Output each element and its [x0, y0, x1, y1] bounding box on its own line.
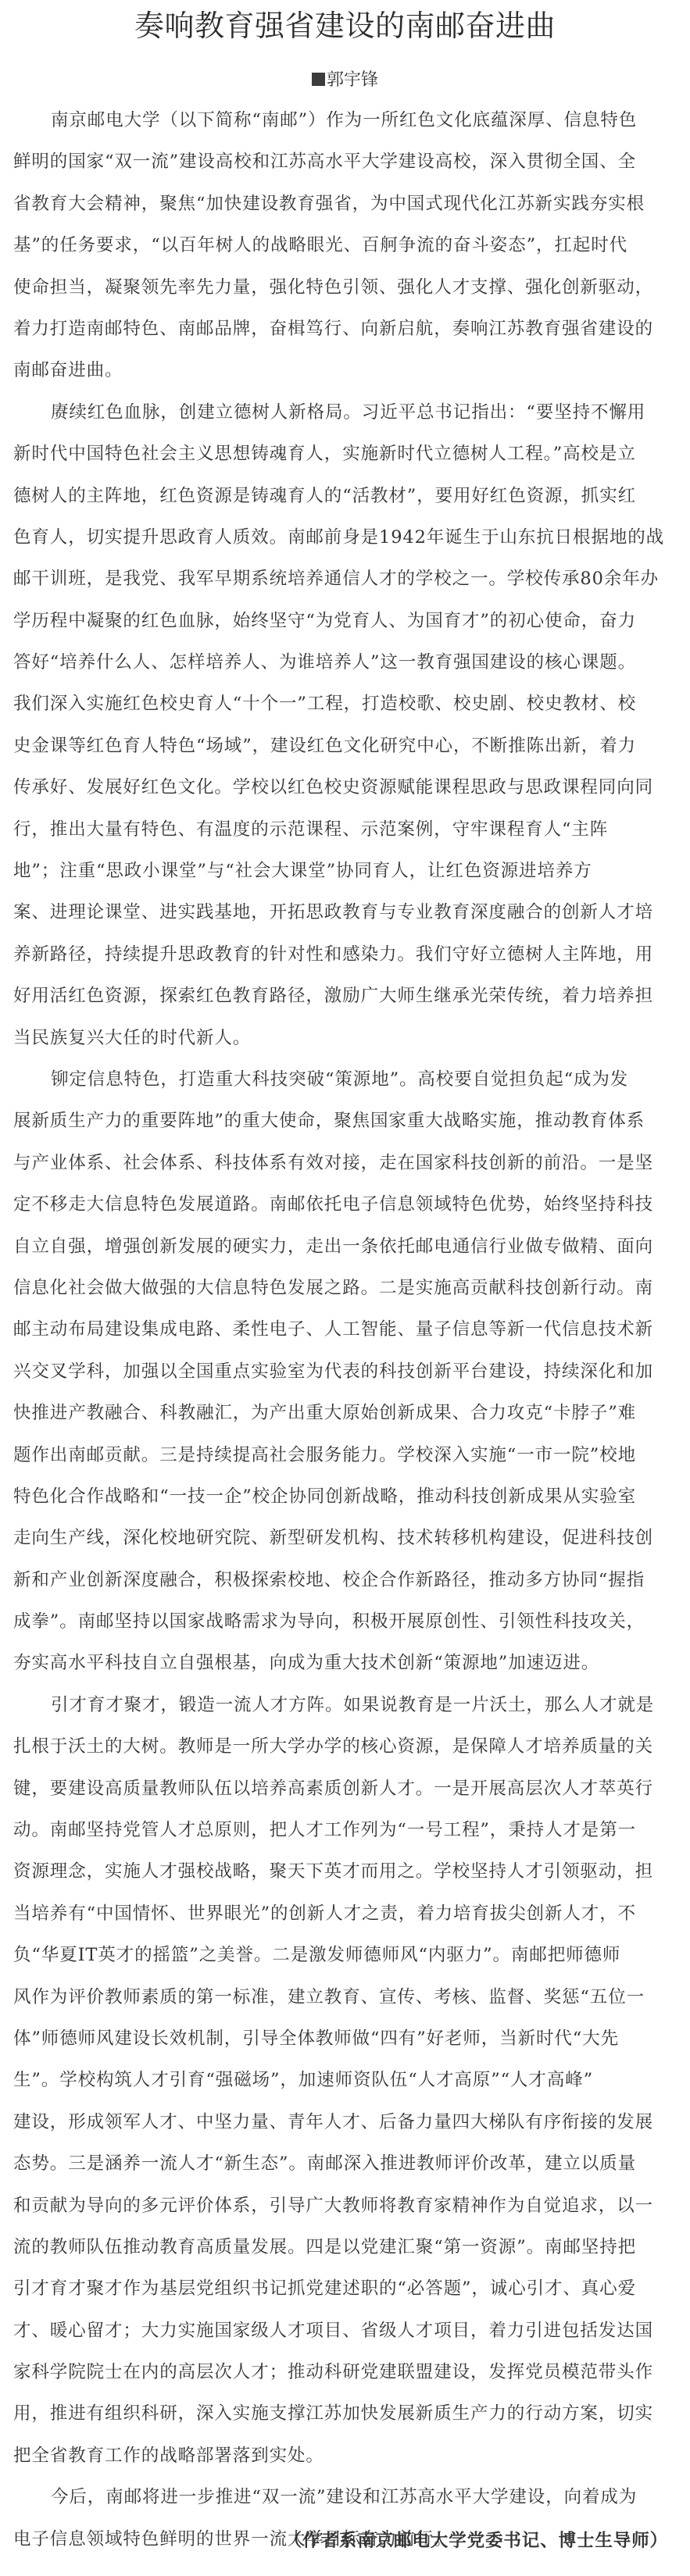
- paragraph-line: 资源理念，实施人才强校战略，聚天下英才而用之。学校坚持人才引领驱动，担: [13, 1851, 674, 1893]
- paragraph-line: 扎根于沃土的大树。教师是一所大学办学的核心资源，是保障人才培养质量的关: [13, 1726, 674, 1768]
- paragraph-line: 自立自强，增强创新发展的硬实力，走出一条依托邮电通信行业做专做精、面向: [13, 1226, 674, 1268]
- paragraph-line: 负“华夏IT英才的摇篮”之美誉。二是激发师德师风“内驱力”。南邮把师德师: [13, 1935, 674, 1976]
- paragraph-line: 引才育才聚才，锻造一流人才方阵。如果说教育是一片沃土，那么人才就是: [13, 1685, 674, 1726]
- paragraph-line: 和贡献为导向的多元评价体系，引导广大教师将教育家精神作为自觉追求，以一: [13, 2185, 674, 2227]
- paragraph-line: 成拳”。南邮坚持以国家战略需求为导向，积极开展原创性、引领性科技攻关，: [13, 1601, 674, 1643]
- paragraph-line: 邮干训班，是我党、我军早期系统培养通信人才的学校之一。学校传承80余年办: [13, 558, 674, 600]
- paragraph-line: 体”师德师风建设长效机制，引导全体教师做“四有”好老师，当新时代“大先: [13, 2018, 674, 2060]
- paragraph-line: 生”。学校构筑人才引育“强磁场”，加速师资队伍“人才高原”“人才高峰”: [13, 2060, 674, 2101]
- paragraph-line: 铆定信息特色，打造重大科技突破“策源地”。高校要自觉担负起“成为发: [13, 1059, 674, 1101]
- paragraph-line: 养新路径，持续提升思政教育的针对性和感染力。我们守好立德树人主阵地，用: [13, 934, 674, 976]
- paragraph-line: 省教育大会精神，聚焦“加快建设教育强省，为中国式现代化江苏新实践夯实根: [13, 184, 674, 225]
- paragraph-line: 史金课等红色育人特色“场域”，建设红色文化研究中心，不断推陈出新，着力: [13, 726, 674, 767]
- paragraph-line: 建设，形成领军人才、中坚力量、青年人才、后备力量四大梯队有序衔接的发展: [13, 2102, 674, 2143]
- paragraph-line: 键，要建设高质量教师队伍以培养高素质创新人才。一是开展高层次人才萃英行: [13, 1768, 674, 1810]
- paragraph-line: 南京邮电大学（以下简称“南邮”）作为一所红色文化底蕴深厚、信息特色: [13, 100, 674, 141]
- paragraph-line: 学历程中凝聚的红色血脉，始终坚守“为党育人、为国育才”的初心使命，奋力: [13, 601, 674, 642]
- paragraph-line: 快推进产教融合、科教融汇，为产出重大原始创新成果、合力攻克“卡脖子”难: [13, 1393, 674, 1434]
- paragraph-line: 当培养有“中国情怀、世界眼光”的创新人才之责，着力培育拔尖创新人才，不: [13, 1893, 674, 1935]
- paragraph-line: 动。南邮坚持党管人才总原则，把人才工作列为“一号工程”，秉持人才是第一: [13, 1810, 674, 1851]
- paragraph: 铆定信息特色，打造重大科技突破“策源地”。高校要自觉担负起“成为发展新质生产力的…: [13, 1059, 674, 1685]
- paragraph-line: 当民族复兴大任的时代新人。: [13, 1018, 674, 1059]
- paragraph-line: 好用活红色资源，探索红色教育路径，激励广大师生继承光荣传统，着力培养担: [13, 976, 674, 1017]
- paragraph-line: 风作为评价教师素质的第一标准，建立教育、宣传、考核、监督、奖惩“五位一: [13, 1977, 674, 2018]
- paragraph-line: 今后，南邮将进一步推进“双一流”建设和江苏高水平大学建设，向着成为: [13, 2477, 674, 2518]
- paragraph-line: 用，推进有组织科研，深入实施支撑江苏加快发展新质生产力的行动方案，切实: [13, 2393, 674, 2435]
- paragraph-line: 赓续红色血脉，创建立德树人新格局。习近平总书记指出：“要坚持不懈用: [13, 392, 674, 433]
- paragraph-line: 定不移走大信息特色发展道路。南邮依托电子信息领域特色优势，始终坚持科技: [13, 1184, 674, 1226]
- article-body: 南京邮电大学（以下简称“南邮”）作为一所红色文化底蕴深厚、信息特色鲜明的国家“双…: [13, 100, 674, 2560]
- author-name: 郭宇锋: [327, 70, 378, 90]
- paragraph-line: 使命担当，凝聚领先率先力量，强化特色引领、强化人才支撑、强化创新驱动，: [13, 267, 674, 309]
- paragraph-line: 信息化社会做大做强的大信息特色发展之路。二是实施高贡献科技创新行动。南: [13, 1268, 674, 1309]
- paragraph-line: 新时代中国特色社会主义思想铸魂育人，实施新时代立德树人工程。”高校是立: [13, 433, 674, 475]
- paragraph-line: 行，推出大量有特色、有温度的示范课程、示范案例，守牢课程育人“主阵: [13, 809, 674, 851]
- article-title: 奏响教育强省建设的南邮奋进曲: [0, 5, 690, 47]
- paragraph-line: 着力打造南邮特色、南邮品牌，奋楫笃行、向新启航，奏响江苏教育强省建设的: [13, 309, 674, 350]
- paragraph-line: 夯实高水平科技自立自强根基，向成为重大技术创新“策源地”加速迈进。: [13, 1643, 674, 1684]
- paragraph-line: 流的教师队伍推动教育高质量发展。四是以党建汇聚“第一资源”。南邮坚持把: [13, 2227, 674, 2268]
- paragraph-line: 新和产业创新深度融合，积极探索校地、校企合作新路径，推动多方协同“握指: [13, 1560, 674, 1601]
- square-bullet-icon: [312, 73, 325, 86]
- paragraph-line: 走向生产线，深化校地研究院、新型研发机构、技术转移机构建设，促进科技创: [13, 1518, 674, 1559]
- paragraph-line: 鲜明的国家“双一流”建设高校和江苏高水平大学建设高校，深入贯彻全国、全: [13, 141, 674, 183]
- paragraph-line: 答好“培养什么人、怎样培养人、为谁培养人”这一教育强国建设的核心课题。: [13, 642, 674, 683]
- paragraph-line: 南邮奋进曲。: [13, 350, 674, 391]
- paragraph: 南京邮电大学（以下简称“南邮”）作为一所红色文化底蕴深厚、信息特色鲜明的国家“双…: [13, 100, 674, 392]
- paragraph-line: 引才育才聚才作为基层党组织书记抓党建述职的“必答题”，诚心引才、真心爱: [13, 2268, 674, 2310]
- paragraph-line: 传承好、发展好红色文化。学校以红色校史资源赋能课程思政与思政课程同向同: [13, 767, 674, 808]
- paragraph-line: 地”；注重“思政小课堂”与“社会大课堂”协同育人，让红色资源进培养方: [13, 851, 674, 892]
- byline: 郭宇锋: [0, 67, 690, 94]
- paragraph-line: 兴交叉学科，加强以全国重点实验室为代表的科技创新平台建设，持续深化和加: [13, 1351, 674, 1393]
- paragraph-line: 特色化合作战略和“一技一企”校企协同创新战略，推动科技创新成果从实验室: [13, 1476, 674, 1518]
- paragraph-line: 展新质生产力的重要阵地”的重大使命，聚焦国家重大战略实施，推动教育体系: [13, 1101, 674, 1142]
- paragraph-line: 德树人的主阵地，红色资源是铸魂育人的“活教材”，要用好红色资源，抓实红: [13, 476, 674, 517]
- paragraph-line: 案、进理论课堂、进实践基地，开拓思政教育与专业教育深度融合的创新人才培: [13, 892, 674, 933]
- paragraph-line: 基”的任务要求，“以百年树人的战略眼光、百舸争流的奋斗姿态”，扛起时代: [13, 225, 674, 266]
- paragraph-line: 与产业体系、社会体系、科技体系有效对接，走在国家科技创新的前沿。一是坚: [13, 1143, 674, 1184]
- paragraph-line: 家科学院院士在内的高层次人才；推动科研党建联盟建设，发挥党员模范带头作: [13, 2352, 674, 2393]
- paragraph-line: 才、暖心留才；大力实施国家级人才项目、省级人才项目，着力引进包括发达国: [13, 2310, 674, 2352]
- paragraph: 赓续红色血脉，创建立德树人新格局。习近平总书记指出：“要坚持不懈用新时代中国特色…: [13, 392, 674, 1059]
- paragraph-line: 邮主动布局建设集成电路、柔性电子、人工智能、量子信息等新一代信息技术新: [13, 1309, 674, 1350]
- paragraph: 引才育才聚才，锻造一流人才方阵。如果说教育是一片沃土，那么人才就是扎根于沃土的大…: [13, 1685, 674, 2477]
- paragraph-line: 我们深入实施红色校史育人“十个一”工程，打造校歌、校史剧、校史教材、校: [13, 683, 674, 725]
- author-note: （作者系南京邮电大学党委书记、博士生导师）: [284, 2528, 668, 2554]
- paragraph-line: 把全省教育工作的战略部署落到实处。: [13, 2435, 674, 2477]
- paragraph-line: 题作出南邮贡献。三是持续提高社会服务能力。学校深入实施“一市一院”校地: [13, 1435, 674, 1476]
- paragraph-line: 色育人，切实提升思政育人质效。南邮前身是1942年诞生于山东抗日根据地的战: [13, 517, 674, 558]
- paragraph-line: 态势。三是涵养一流人才“新生态”。南邮深入推进教师评价改革，建立以质量: [13, 2143, 674, 2185]
